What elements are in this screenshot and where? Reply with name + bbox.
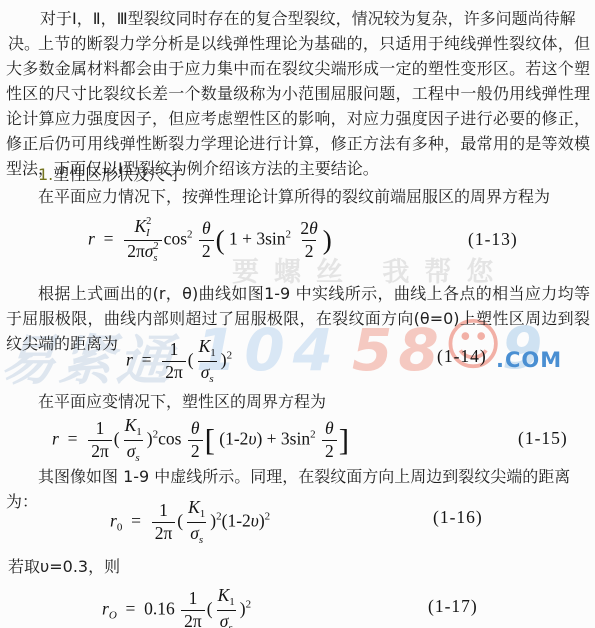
- paragraph-poisson-value: 若取υ=0.3，则: [8, 554, 568, 579]
- equation-number-1-16: (1-16): [433, 507, 483, 528]
- equation-1-15: r = 12π(K1σs)2cos θ2[ (1-2υ) + 3sin2 θ2]: [52, 415, 349, 466]
- equation-1-13: r = K2I2πσ2scos2 θ2( 1 + 3sin2 2θ2): [88, 216, 332, 265]
- paragraph-dashed-curve: 其图像如图 1-9 中虚线所示。同理，在裂纹面方向上周边到裂纹尖端的距离为：: [6, 464, 590, 514]
- section-heading: 1.塑性区形状及尺寸: [38, 162, 181, 185]
- equation-number-1-14: (1-14): [437, 346, 487, 367]
- paragraph-background: 上节的断裂力学分析是以线弹性理论为基础的，只适用于纯线弹性裂纹体，但大多数金属材…: [6, 31, 590, 181]
- equation-1-14: r = 12π(K1σs)2: [126, 336, 232, 387]
- equation-1-16: r0 = 12π(K1σs)2(1-2υ)2: [110, 497, 270, 548]
- paragraph-plane-stress: 在平面应力情况下，按弹性理论计算所得的裂纹前端屈服区的周界方程为: [38, 184, 590, 209]
- equation-1-17: rO = 0.16 12π(K1σs)2: [102, 585, 251, 628]
- equation-number-1-15: (1-15): [518, 428, 568, 449]
- equation-number-1-17: (1-17): [428, 596, 478, 617]
- equation-number-1-13: (1-13): [468, 229, 518, 250]
- paragraph-yield-boundary: 根据上式画出的(r，θ)曲线如图1-9 中实线所示，曲线上各点的相当应力均等于屈…: [6, 281, 590, 356]
- document-page: 要螺丝 我帮您 易紧通 104 58 ☺ 9 .COM 对于Ⅰ，Ⅱ，Ⅲ型裂纹同时…: [0, 0, 595, 628]
- section-title: 塑性区形状及尺寸: [53, 165, 181, 184]
- section-number: 1.: [38, 165, 53, 184]
- paragraph-plane-strain: 在平面应变情况下，塑性区的周界方程为: [38, 389, 590, 414]
